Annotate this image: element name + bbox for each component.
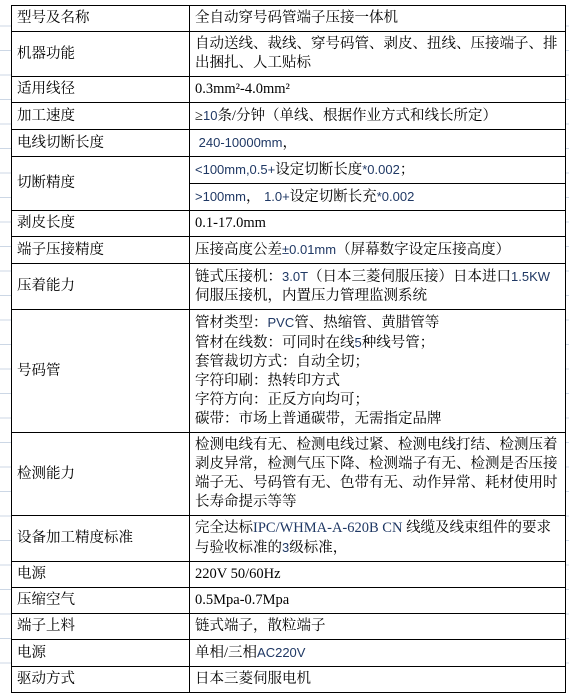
spec-label: 端子压接精度: [12, 237, 190, 264]
spec-value: 自动送线、裁线、穿号码管、剥皮、扭线、压接端子、排出捆扎、人工贴标: [190, 32, 566, 77]
spec-value: 日本三菱伺服电机: [190, 667, 566, 693]
spec-label: 适用线径: [12, 77, 190, 103]
spec-value-line: ≥10条/分钟（单线、根据作业方式和线长所定）: [195, 106, 561, 126]
text-segment: 0.5Mpa-0.7Mpa: [195, 592, 289, 608]
spec-label: 端子上料: [12, 614, 190, 640]
spec-table-body: 型号及名称全自动穿号码管端子压接一体机机器功能自动送线、裁线、穿号码管、剥皮、扭…: [12, 6, 566, 693]
spec-row: 端子压接精度压接高度公差±0.01mm（屏幕数字设定压接高度）: [12, 237, 566, 264]
spec-value-line: 0.5Mpa-0.7Mpa: [195, 591, 561, 610]
spec-label: 机器功能: [12, 32, 190, 77]
text-segment: 自动送线、裁线、穿号码管、剥皮、扭线、压接端子、排出捆扎、人工贴标: [195, 36, 558, 71]
text-segment: *0.002: [362, 162, 400, 177]
spec-row: 适用线径0.3mm²-4.0mm²: [12, 77, 566, 103]
text-segment: 级标准，: [289, 540, 347, 556]
text-segment: 管材在线数：可同时在线: [195, 335, 355, 351]
spec-row: 型号及名称全自动穿号码管端子压接一体机: [12, 6, 566, 32]
spec-label: 电源: [12, 562, 190, 588]
text-segment: 全自动穿号码管端子压接一体机: [195, 10, 398, 26]
spec-value: 检测电线有无、检测电线过紧、检测电线打结、检测压着剥皮异常，检测气压下降、检测端…: [190, 433, 566, 516]
text-segment: 完全达标: [195, 520, 253, 536]
spec-row: 号码管管材类型：PVC管、热缩管、黄腊管等管材在线数：可同时在线5种线号管；套管…: [12, 310, 566, 433]
spec-label: 剥皮长度: [12, 211, 190, 237]
spec-value-line: 管材类型：PVC管、热缩管、黄腊管等: [195, 313, 561, 333]
text-segment: 3.0T: [282, 269, 308, 284]
spec-row: 电源220V 50/60Hz: [12, 562, 566, 588]
text-segment: 字符方向：正反方向均可；: [195, 392, 369, 408]
text-segment: 220V 50/60Hz: [195, 566, 281, 582]
spec-label: 切断精度: [12, 157, 190, 211]
spec-value: 全自动穿号码管端子压接一体机: [190, 6, 566, 32]
text-segment: 设定切断长度: [275, 162, 362, 178]
text-segment: 链式压接机：: [195, 269, 282, 285]
spec-value-line: 压接高度公差±0.01mm（屏幕数字设定压接高度）: [195, 240, 561, 260]
text-segment: ，: [246, 189, 264, 205]
spec-label: 设备加工精度标准: [12, 516, 190, 562]
text-segment: IPC/WHMA-A-620B CN: [253, 520, 402, 536]
spec-row: 驱动方式日本三菱伺服电机: [12, 667, 566, 693]
spec-label: 驱动方式: [12, 667, 190, 693]
spec-value-line: <100mm,0.5+设定切断长度*0.002；: [195, 160, 561, 180]
spec-value-line: 全自动穿号码管端子压接一体机: [195, 9, 561, 28]
text-segment: 1.5KW: [511, 269, 550, 284]
text-segment: AC220V: [257, 645, 305, 660]
spec-value-line: 字符方向：正反方向均可；: [195, 391, 561, 410]
text-segment: （日本三菱伺服压接）日本进口: [308, 269, 511, 285]
spec-value-line: 0.3mm²-4.0mm²: [195, 80, 561, 99]
text-segment: 条/分钟（单线、根据作业方式和线长所定）: [217, 108, 497, 124]
spec-value: 220V 50/60Hz: [190, 562, 566, 588]
spec-label: 检测能力: [12, 433, 190, 516]
spec-value-line: >100mm， 1.0+设定切断长充*0.002: [195, 187, 561, 207]
spec-value-line: 自动送线、裁线、穿号码管、剥皮、扭线、压接端子、排出捆扎、人工贴标: [195, 35, 561, 73]
spec-value-line: 220V 50/60Hz: [195, 565, 561, 584]
spec-value: 0.5Mpa-0.7Mpa: [190, 588, 566, 614]
text-segment: 0.3mm²-4.0mm²: [195, 81, 290, 97]
text-segment: 碳带：市场上普通碳带，无需指定品牌: [195, 411, 442, 427]
spec-value-line: 完全达标IPC/WHMA-A-620B CN 线缆及线束组件的要求与验收标准的3…: [195, 519, 561, 558]
spec-value: 管材类型：PVC管、热缩管、黄腊管等管材在线数：可同时在线5种线号管；套管裁切方…: [190, 310, 566, 433]
spec-label: 压缩空气: [12, 588, 190, 614]
spec-value-line: 链式端子，散粒端子: [195, 617, 561, 636]
text-segment: 240-10000mm: [199, 135, 283, 150]
spec-row: 剥皮长度0.1-17.0mm: [12, 211, 566, 237]
text-segment: 单相/三相: [195, 645, 257, 661]
spec-label: 号码管: [12, 310, 190, 433]
spec-row: 加工速度≥10条/分钟（单线、根据作业方式和线长所定）: [12, 103, 566, 130]
text-segment: ±0.01mm: [282, 242, 336, 257]
spec-value: 单相/三相AC220V: [190, 640, 566, 667]
spec-row: 压着能力链式压接机：3.0T（日本三菱伺服压接）日本进口1.5KW伺服压接机，内…: [12, 264, 566, 310]
spec-value-line: 0.1-17.0mm: [195, 214, 561, 233]
text-segment: （屏幕数字设定压接高度）: [336, 242, 510, 258]
spec-value-line: 字符印刷：热转印方式: [195, 372, 561, 391]
spec-value-line: 检测电线有无、检测电线过紧、检测电线打结、检测压着剥皮异常，检测气压下降、检测端…: [195, 436, 561, 512]
text-segment: 压接高度公差: [195, 242, 282, 258]
spec-row: 设备加工精度标准完全达标IPC/WHMA-A-620B CN 线缆及线束组件的要…: [12, 516, 566, 562]
spec-label: 型号及名称: [12, 6, 190, 32]
spec-value: ≥10条/分钟（单线、根据作业方式和线长所定）: [190, 103, 566, 130]
text-segment: ≥: [195, 108, 203, 124]
text-segment: 种线号管；: [362, 335, 435, 351]
spec-value-line: 管材在线数：可同时在线5种线号管；: [195, 333, 561, 353]
spec-value: 完全达标IPC/WHMA-A-620B CN 线缆及线束组件的要求与验收标准的3…: [190, 516, 566, 562]
text-segment: 日本三菱伺服电机: [195, 671, 311, 687]
spec-value: 240-10000mm，: [190, 130, 566, 157]
text-segment: 伺服压接机，内置压力管理监测系统: [195, 288, 427, 304]
spec-value: >100mm， 1.0+设定切断长充*0.002: [190, 184, 566, 211]
spec-row: 切断精度<100mm,0.5+设定切断长度*0.002；: [12, 157, 566, 184]
text-segment: 10: [203, 108, 217, 123]
text-segment: 管、热缩管、黄腊管等: [294, 315, 439, 331]
spec-value-line: 碳带：市场上普通碳带，无需指定品牌: [195, 410, 561, 429]
spec-value-line: 240-10000mm，: [195, 133, 561, 153]
text-segment: *0.002: [377, 189, 415, 204]
excel-gridlines-left: [0, 2, 11, 673]
spec-row: 压缩空气0.5Mpa-0.7Mpa: [12, 588, 566, 614]
text-segment: 设定切断长充: [290, 189, 377, 205]
spec-value: 0.1-17.0mm: [190, 211, 566, 237]
text-segment: 检测电线有无、检测电线过紧、检测电线打结、检测压着剥皮异常，检测气压下降、检测端…: [195, 437, 558, 510]
text-segment: 5: [355, 335, 362, 350]
spec-value: <100mm,0.5+设定切断长度*0.002；: [190, 157, 566, 184]
spec-label: 电线切断长度: [12, 130, 190, 157]
spec-value: 压接高度公差±0.01mm（屏幕数字设定压接高度）: [190, 237, 566, 264]
spec-label: 压着能力: [12, 264, 190, 310]
spec-table: 型号及名称全自动穿号码管端子压接一体机机器功能自动送线、裁线、穿号码管、剥皮、扭…: [11, 5, 566, 693]
spec-value-line: 链式压接机：3.0T（日本三菱伺服压接）日本进口1.5KW伺服压接机，内置压力管…: [195, 267, 561, 306]
text-segment: 套管裁切方式：自动全切；: [195, 354, 369, 370]
spec-label: 电源: [12, 640, 190, 667]
text-segment: ，: [282, 135, 297, 151]
spec-row: 机器功能自动送线、裁线、穿号码管、剥皮、扭线、压接端子、排出捆扎、人工贴标: [12, 32, 566, 77]
text-segment: 字符印刷：热转印方式: [195, 373, 340, 389]
spec-row: 检测能力检测电线有无、检测电线过紧、检测电线打结、检测压着剥皮异常，检测气压下降…: [12, 433, 566, 516]
spec-value-line: 套管裁切方式：自动全切；: [195, 353, 561, 372]
spec-label: 加工速度: [12, 103, 190, 130]
spec-row: 端子上料链式端子，散粒端子: [12, 614, 566, 640]
text-segment: <100mm,0.5+: [195, 162, 275, 177]
text-segment: PVC: [268, 315, 295, 330]
text-segment: 1.0+: [264, 189, 290, 204]
text-segment: 链式端子，散粒端子: [195, 618, 326, 634]
spec-value: 链式压接机：3.0T（日本三菱伺服压接）日本进口1.5KW伺服压接机，内置压力管…: [190, 264, 566, 310]
spec-row: 电线切断长度 240-10000mm，: [12, 130, 566, 157]
spec-value-line: 日本三菱伺服电机: [195, 670, 561, 689]
text-segment: >100mm: [195, 189, 246, 204]
text-segment: 0.1-17.0mm: [195, 215, 266, 231]
spec-value: 链式端子，散粒端子: [190, 614, 566, 640]
text-segment: ；: [400, 162, 415, 178]
spec-value: 0.3mm²-4.0mm²: [190, 77, 566, 103]
spec-value-line: 单相/三相AC220V: [195, 643, 561, 663]
spec-row: 电源单相/三相AC220V: [12, 640, 566, 667]
text-segment: 管材类型：: [195, 315, 268, 331]
